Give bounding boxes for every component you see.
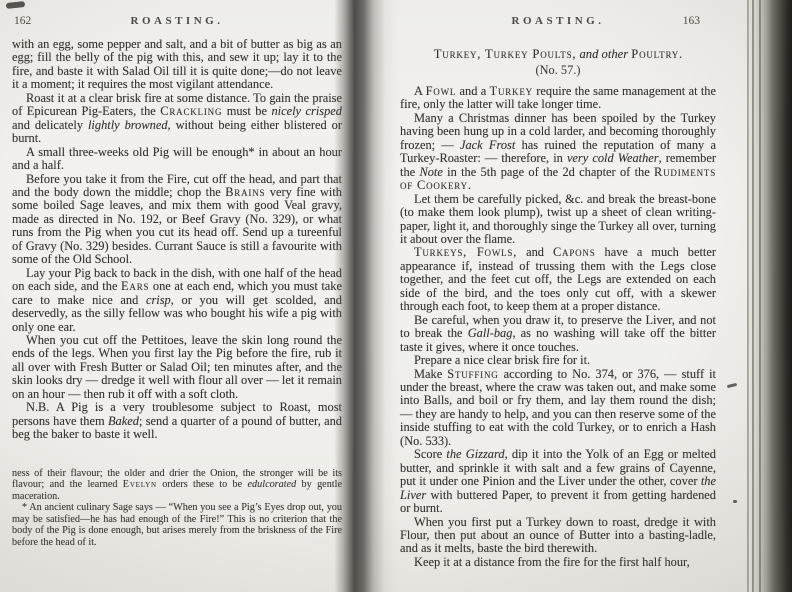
paragraph: with an egg, some pepper and salt, and a… — [12, 38, 342, 92]
paragraph: Turkeys, Fowls, and Capons have a much b… — [400, 246, 716, 313]
paragraph: Prepare a nice clear brisk fire for it. — [400, 354, 716, 367]
paragraph: Keep it at a distance from the fire for … — [400, 556, 716, 569]
left-page-text: with an egg, some pepper and salt, and a… — [12, 38, 342, 442]
left-page: 162 ROASTING. with an egg, some pepper a… — [12, 0, 342, 548]
section-title: Turkey, Turkey Poults, and other Poultry… — [400, 47, 716, 62]
paragraph: Let them be carefully picked, &c. and br… — [400, 193, 716, 247]
book-gutter-shadow — [334, 0, 398, 592]
book-scan: 162 ROASTING. with an egg, some pepper a… — [0, 0, 792, 592]
paragraph: Make Stuffing according to No. 374, or 3… — [400, 368, 716, 449]
paragraph: When you cut off the Pettitoes, leave th… — [12, 334, 342, 401]
paragraph: A small three-weeks old Pig will be enou… — [12, 146, 342, 173]
paragraph: When you first put a Turkey down to roas… — [400, 516, 716, 556]
ink-speck — [733, 500, 737, 503]
right-running-head: ROASTING. — [400, 15, 716, 27]
ink-speck — [727, 383, 737, 388]
paragraph: A Fowl and a Turkey require the same man… — [400, 85, 716, 112]
right-page-text: A Fowl and a Turkey require the same man… — [400, 85, 716, 569]
paragraph: Lay your Pig back to back in the dish, w… — [12, 267, 342, 334]
right-page-number: 163 — [683, 15, 700, 27]
paragraph: Many a Christmas dinner has been spoiled… — [400, 112, 716, 193]
paragraph: N.B. A Pig is a very troublesome subject… — [12, 401, 342, 441]
footnote-paragraph: * An ancient culinary Sage says — “When … — [12, 502, 342, 548]
section-number: (No. 57.) — [400, 63, 716, 78]
left-running-head: ROASTING. — [12, 15, 342, 27]
paragraph: Score the Gizzard, dip it into the Yolk … — [400, 448, 716, 515]
left-page-footnote: ness of their flavour; the older and dri… — [12, 468, 342, 549]
paragraph: Roast it at a clear brisk fire at some d… — [12, 92, 342, 146]
right-page: ROASTING. 163 Turkey, Turkey Poults, and… — [400, 0, 716, 569]
left-page-header: 162 ROASTING. — [12, 15, 342, 31]
footnote-paragraph: ness of their flavour; the older and dri… — [12, 468, 342, 503]
paragraph: Before you take it from the Fire, cut of… — [12, 173, 342, 267]
page-edge-shadow — [740, 0, 792, 592]
right-page-header: ROASTING. 163 — [400, 15, 716, 31]
paragraph: Be careful, when you draw it, to preserv… — [400, 314, 716, 354]
